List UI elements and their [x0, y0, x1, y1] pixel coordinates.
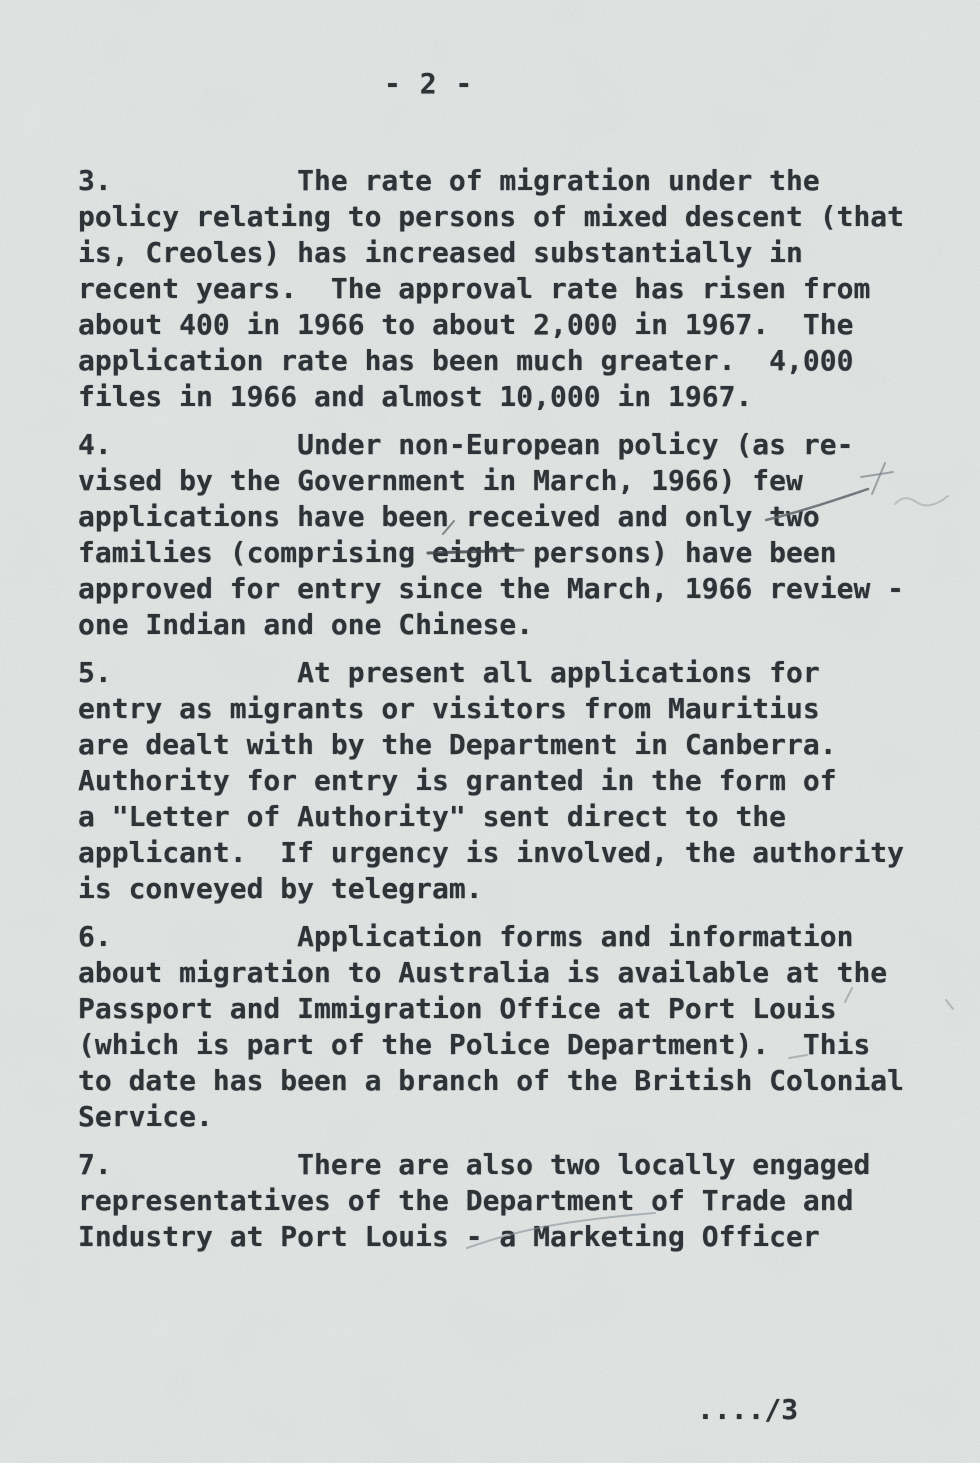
text-line: vised by the Government in March, 1966) …: [78, 463, 958, 499]
paragraph-4: 4. Under non-European policy (as re- vis…: [78, 427, 958, 643]
text-line: 4. Under non-European policy (as re-: [78, 427, 958, 463]
text-line: a "Letter of Authority" sent direct to t…: [78, 799, 958, 835]
paragraph-5: 5. At present all applications for entry…: [78, 655, 958, 907]
text-line: 5. At present all applications for: [78, 655, 958, 691]
text-line: approved for entry since the March, 1966…: [78, 571, 958, 607]
text-line: 3. The rate of migration under the: [78, 163, 958, 199]
text-line: policy relating to persons of mixed desc…: [78, 199, 958, 235]
text-line: application rate has been much greater. …: [78, 343, 958, 379]
text-line: representatives of the Department of Tra…: [78, 1183, 958, 1219]
text-line: (which is part of the Police Department)…: [78, 1027, 958, 1063]
text-line: one Indian and one Chinese.: [78, 607, 958, 643]
text-line: about 400 in 1966 to about 2,000 in 1967…: [78, 307, 958, 343]
text-line: applicant. If urgency is involved, the a…: [78, 835, 958, 871]
text-line: families (comprising eight persons) have…: [78, 535, 958, 571]
text-line: entry as migrants or visitors from Mauri…: [78, 691, 958, 727]
text-line: 7. There are also two locally engaged: [78, 1147, 958, 1183]
text-line: 6. Application forms and information: [78, 919, 958, 955]
text-line: Service.: [78, 1099, 958, 1135]
text-line: applications have been received and only…: [78, 499, 958, 535]
document-page: - 2 - 3. The rate of migration under the…: [0, 0, 980, 1463]
paragraph-6: 6. Application forms and information abo…: [78, 919, 958, 1135]
text-line: about migration to Australia is availabl…: [78, 955, 958, 991]
text-line: Industry at Port Louis - a Marketing Off…: [78, 1219, 958, 1255]
page-continuation-mark: ..../3: [697, 1392, 798, 1428]
page-number: - 2 -: [384, 66, 473, 102]
paragraph-7: 7. There are also two locally engaged re…: [78, 1147, 958, 1255]
text-line: files in 1966 and almost 10,000 in 1967.: [78, 379, 958, 415]
text-line: recent years. The approval rate has rise…: [78, 271, 958, 307]
text-line: are dealt with by the Department in Canb…: [78, 727, 958, 763]
text-line: Authority for entry is granted in the fo…: [78, 763, 958, 799]
document-body: 3. The rate of migration under the polic…: [78, 163, 958, 1267]
text-line: to date has been a branch of the British…: [78, 1063, 958, 1099]
text-line: is conveyed by telegram.: [78, 871, 958, 907]
text-line: Passport and Immigration Office at Port …: [78, 991, 958, 1027]
paragraph-3: 3. The rate of migration under the polic…: [78, 163, 958, 415]
text-line: is, Creoles) has increased substantially…: [78, 235, 958, 271]
